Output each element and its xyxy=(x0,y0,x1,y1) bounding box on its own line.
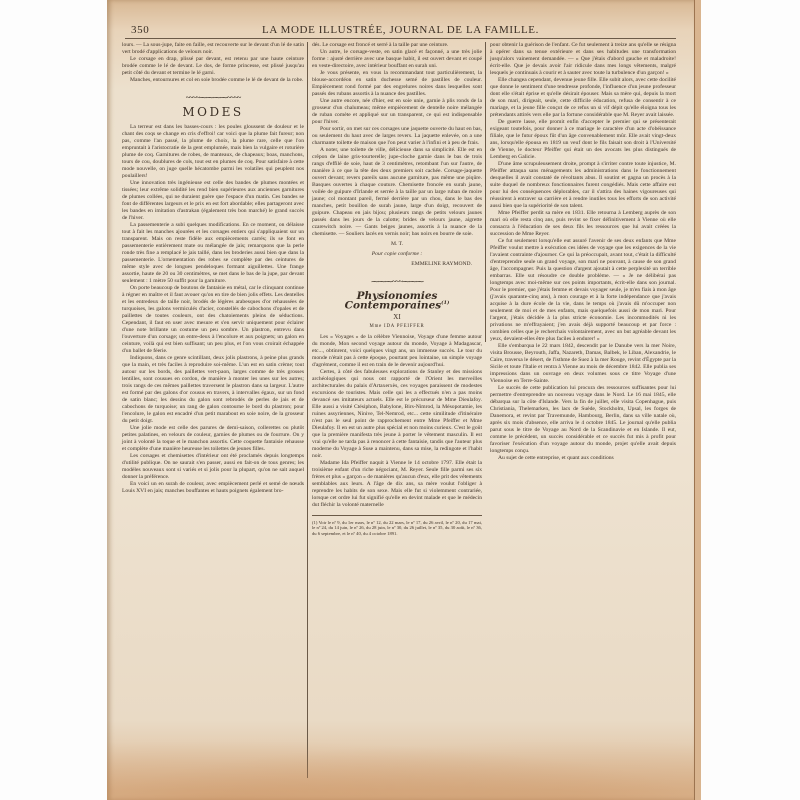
paragraph: En voici un en surah de couleur, avec em… xyxy=(122,481,304,495)
signature-note: Pour copie conforme : xyxy=(312,251,482,258)
paragraph: La passementerie a subi quelques modific… xyxy=(122,222,304,285)
paragraph: Indiquons, dans ce genre scintillant, de… xyxy=(122,355,304,425)
paragraph: Madame Ida Pfeiffer naquit à Vienne le 1… xyxy=(312,460,482,509)
signature-name: EMMELINE RAYMOND. xyxy=(312,261,482,268)
paragraph: Je vous présente, en vous la recommandan… xyxy=(312,70,482,98)
page-header: 350 LA MODE ILLUSTRÉE, JOURNAL DE LA FAM… xyxy=(125,22,676,39)
article-title: Physionomies Contemporaines(1) xyxy=(312,293,482,310)
paragraph: A noter, une toilette de ville, délicieu… xyxy=(312,147,482,238)
paragraph: Certes, à côté des fabuleuses exploratio… xyxy=(312,369,482,460)
paragraph: Une jolie mode est celle des parures de … xyxy=(122,425,304,453)
journal-title: LA MODE ILLUSTRÉE, JOURNAL DE LA FAMILLE… xyxy=(125,24,676,36)
paragraph: pour obtenir la guérison de l'enfant. Ce… xyxy=(490,42,676,77)
paragraph: On porte beaucoup de boutons de fantaisi… xyxy=(122,285,304,355)
section-title: MODES xyxy=(122,109,304,116)
column-1: lours. — La sous-jupe, faite en faille, … xyxy=(122,42,304,495)
ornament-divider: ⁓⁓⁓~~~⁓⁓⁓ xyxy=(312,278,482,285)
signature-initials: M. T. xyxy=(312,241,482,248)
paragraph: Ce fut seulement lorsqu'elle eut assuré … xyxy=(490,238,676,343)
paragraph: Un autre, le corsage-veste, en satin gla… xyxy=(312,49,482,70)
article-number: XI xyxy=(312,314,482,321)
footnote: (1) Voir le nº 9, du 1er mars, le nº 12,… xyxy=(312,515,482,537)
paragraph: Les corsages et chemisettes d'intérieur … xyxy=(122,453,304,481)
column-divider xyxy=(485,42,486,342)
paragraph: Manches, entournures et col en soie brod… xyxy=(122,77,304,84)
paragraph: Mme Pfeiffer perdit sa mère en 1831. Ell… xyxy=(490,210,676,238)
paragraph: Une innovation très ingénieuse est celle… xyxy=(122,180,304,222)
column-divider xyxy=(307,42,308,778)
footnote-mark: (1) xyxy=(441,300,449,306)
paragraph: Pour sortir, on met sur ces corsages une… xyxy=(312,126,482,147)
column-3: pour obtenir la guérison de l'enfant. Ce… xyxy=(490,42,676,462)
paragraph: Les « Voyages » de la célèbre Viennoise,… xyxy=(312,334,482,369)
paragraph: De guerre lasse, elle promit enfin d'acc… xyxy=(490,119,676,161)
paragraph: D'une âme scrupuleusement droite, prompt… xyxy=(490,161,676,210)
paragraph: lours. — La sous-jupe, faite en faille, … xyxy=(122,42,304,56)
paragraph: Elle changea cependant, devenue jeune fi… xyxy=(490,77,676,119)
paragraph: Au sujet de cette entreprise, et quant a… xyxy=(490,455,676,462)
paragraph: Le succès de cette publication lui procu… xyxy=(490,385,676,455)
ornament-divider: ~~~~⁓⁓⁓⁓~~~~ xyxy=(122,94,304,101)
column-2: dés. Le corsage est froncé et serré à la… xyxy=(312,42,482,536)
paragraph: Elle s'embarqua le 22 mars 1842, descend… xyxy=(490,343,676,385)
paragraph: La terreur est dans les basses-cours : l… xyxy=(122,124,304,180)
adjacent-page-edge xyxy=(694,0,701,800)
article-subject: Mme IDA PFEIFFER xyxy=(312,323,482,330)
paragraph: dés. Le corsage est froncé et serré à la… xyxy=(312,42,482,49)
magazine-page: 350 LA MODE ILLUSTRÉE, JOURNAL DE LA FAM… xyxy=(107,0,694,800)
paragraph: Une autre encore, née d'hier, est en soi… xyxy=(312,98,482,126)
paragraph: Le corsage en drap, plissé par devant, e… xyxy=(122,56,304,77)
